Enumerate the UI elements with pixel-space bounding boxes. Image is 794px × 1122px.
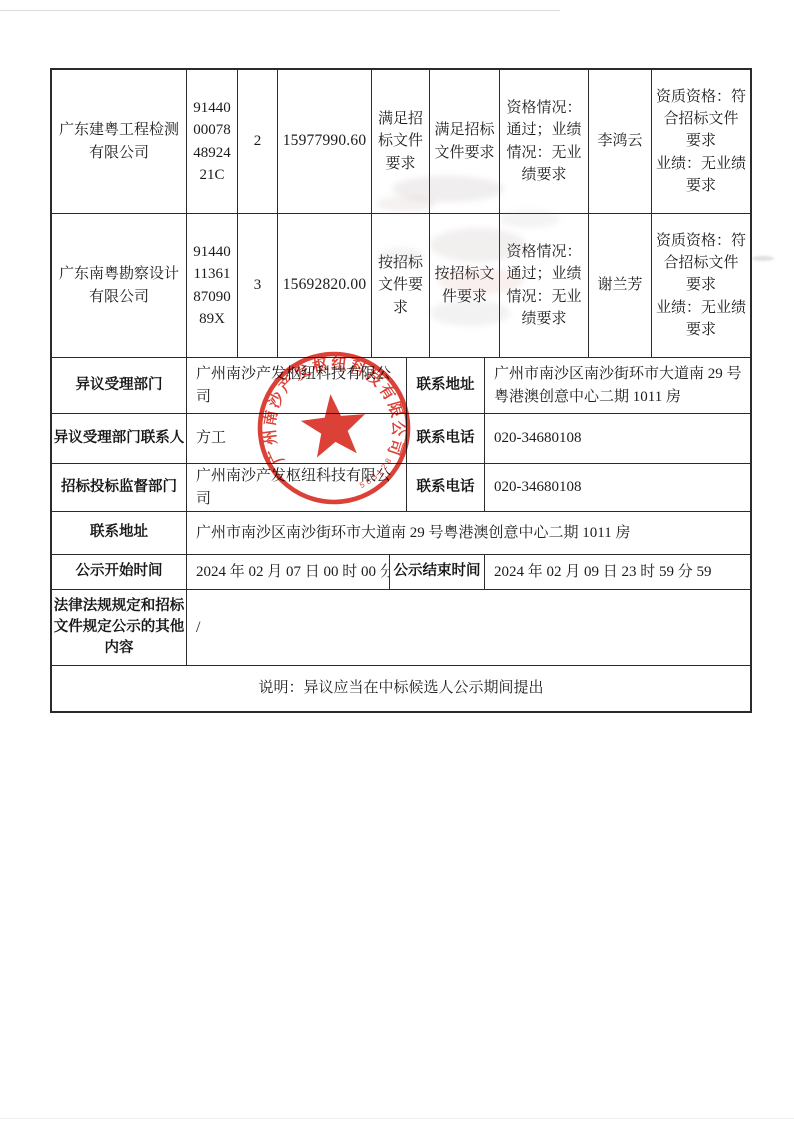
other-content-value: / <box>187 590 750 666</box>
bidder-name-cell: 广东南粤勘察设计 有限公司 <box>52 214 187 358</box>
table-row-note: 说明：异议应当在中标候选人公示期间提出 <box>52 666 750 711</box>
response-duration-cell: 满足招 标文件 要求 <box>372 70 430 214</box>
remark-cell: 资质资格：符 合招标文件 要求 业绩：无业绩 要求 <box>652 214 750 358</box>
remark-cell: 资质资格：符 合招标文件 要求 业绩：无业绩 要求 <box>652 70 750 214</box>
objection-dept-label: 异议受理部门 <box>52 358 187 414</box>
response-quality-cell: 按招标文 件要求 <box>430 214 500 358</box>
supervision-phone-label: 联系电话 <box>407 464 485 512</box>
bid-publicity-table: 广东建粤工程检测 有限公司 91440 00078 48924 21C 2 15… <box>50 68 752 713</box>
project-manager-cell: 李鸿云 <box>589 70 652 214</box>
qualification-cell: 资格情况： 通过；业绩 情况：无业 绩要求 <box>500 70 589 214</box>
qualification-cell: 资格情况： 通过；业绩 情况：无业 绩要求 <box>500 214 589 358</box>
credit-code-cell: 91440 11361 87090 89X <box>187 214 238 358</box>
end-time-label: 公示结束时间 <box>390 555 485 590</box>
scan-artifact-line <box>0 10 560 11</box>
scan-artifact-line <box>0 1118 794 1119</box>
table-row-other-content: 法律法规规定和招标 文件规定公示的其他 内容 / <box>52 590 750 666</box>
objection-contact-value: 方工 <box>187 414 407 464</box>
table-row-publicity-time: 公示开始时间 2024 年 02 月 07 日 00 时 00 分 公示结束时间… <box>52 555 750 590</box>
scanned-document-page: 广东建粤工程检测 有限公司 91440 00078 48924 21C 2 15… <box>0 0 794 1122</box>
start-time-label: 公示开始时间 <box>52 555 187 590</box>
table-row-contact-address: 联系地址 广州市南沙区南沙街环市大道南 29 号粤港澳创意中心二期 1011 房 <box>52 512 750 555</box>
bid-price-cell: 15977990.60 <box>278 70 372 214</box>
table-row-objection-dept: 异议受理部门 广州南沙产发枢纽科技有限公司 联系地址 广州市南沙区南沙街环市大道… <box>52 358 750 414</box>
end-time-value: 2024 年 02 月 09 日 23 时 59 分 59 <box>485 555 750 590</box>
objection-contact-label: 异议受理部门联系人 <box>52 414 187 464</box>
phone-value: 020-34680108 <box>485 414 750 464</box>
credit-code-cell: 91440 00078 48924 21C <box>187 70 238 214</box>
other-content-label: 法律法规规定和招标 文件规定公示的其他 内容 <box>52 590 187 666</box>
supervision-dept-label: 招标投标监督部门 <box>52 464 187 512</box>
project-manager-cell: 谢兰芳 <box>589 214 652 358</box>
phone-label: 联系电话 <box>407 414 485 464</box>
objection-dept-value: 广州南沙产发枢纽科技有限公司 <box>187 358 407 414</box>
rank-cell: 2 <box>238 70 278 214</box>
bidder-name-cell: 广东建粤工程检测 有限公司 <box>52 70 187 214</box>
note-text: 说明：异议应当在中标候选人公示期间提出 <box>52 666 750 711</box>
rank-cell: 3 <box>238 214 278 358</box>
supervision-phone-value: 020-34680108 <box>485 464 750 512</box>
response-quality-cell: 满足招标 文件要求 <box>430 70 500 214</box>
scan-artifact-dash <box>752 256 774 261</box>
table-row-supervision-dept: 招标投标监督部门 广州南沙产发枢纽科技有限公司 联系电话 020-3468010… <box>52 464 750 512</box>
start-time-value: 2024 年 02 月 07 日 00 时 00 分 <box>187 555 390 590</box>
contact-address-label: 联系地址 <box>407 358 485 414</box>
table-row-bidder-2: 广东南粤勘察设计 有限公司 91440 11361 87090 89X 3 15… <box>52 214 750 358</box>
response-duration-cell: 按招标 文件要 求 <box>372 214 430 358</box>
supervision-dept-value: 广州南沙产发枢纽科技有限公司 <box>187 464 407 512</box>
address-row-label: 联系地址 <box>52 512 187 555</box>
contact-address-value: 广州市南沙区南沙街环市大道南 29 号粤港澳创意中心二期 1011 房 <box>485 358 750 414</box>
address-row-value: 广州市南沙区南沙街环市大道南 29 号粤港澳创意中心二期 1011 房 <box>187 512 750 555</box>
table-row-bidder-1: 广东建粤工程检测 有限公司 91440 00078 48924 21C 2 15… <box>52 70 750 214</box>
table-row-objection-contact: 异议受理部门联系人 方工 联系电话 020-34680108 <box>52 414 750 464</box>
bid-price-cell: 15692820.00 <box>278 214 372 358</box>
